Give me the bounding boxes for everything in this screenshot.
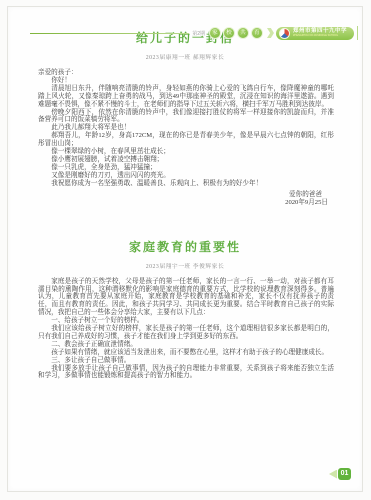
article-paragraph: 亲爱的孩子： (38, 69, 334, 77)
article-paragraph: 我们要多放手让孩子自己做事情，因为孩子的自理能力非常重要，关系到孩子将来能否独立… (38, 365, 334, 381)
article-paragraph: 郝翔吾儿，年龄12岁，身高172CM，现在的你已是青春美少年，像是早晨六七点钟的… (38, 132, 334, 148)
signature-date: 2020年9月25日 (8, 199, 328, 208)
article2-byline: 2023届翔宇一班 李俊辉家长 (8, 261, 362, 270)
page-header: 第2期 家校共育 郑州市第四十九中学 ZHENGZHOU NO.49 MIDDL… (30, 25, 358, 41)
chevron-right-icon (267, 28, 274, 38)
header-badge-character: 育 (251, 27, 263, 39)
article-paragraph: 三、多让孩子自己做事情。 (38, 357, 334, 365)
header-badge-character: 家 (209, 27, 221, 39)
newsletter-page: 第2期 家校共育 郑州市第四十九中学 ZHENGZHOU NO.49 MIDDL… (7, 6, 363, 492)
header-badge-character: 共 (237, 27, 249, 39)
article-paragraph: 我们应该给孩子树立好的榜样，家长是孩子的第一任老师，这个道理相信很多家长都是明白… (38, 325, 334, 341)
school-name-english: ZHENGZHOU NO.49 MIDDLE SCHOOL (293, 35, 347, 38)
article-paragraph: 像一只乳虎，全身是劲，猛冲猛撞； (38, 164, 334, 172)
header-badges: 家校共育 (207, 27, 263, 39)
issue-label: 第2期 (192, 30, 205, 37)
page-number-arrow-icon (329, 470, 337, 479)
article-paragraph: 清晨旭日东升，伴随响亮清脆的铃声，身轻如燕的你骑上心爱的飞鸽自行车，像降魔神童的… (38, 85, 334, 109)
article-paragraph: 你好！ (38, 77, 334, 85)
article2-title: 家庭教育的重要性 (8, 238, 362, 255)
article-paragraph: 一、给孩子树立一个好的榜样。 (38, 317, 334, 325)
article-paragraph: 傍晚夕阳西下，依然在你清脆的铃声中，我们像迎接打胜仗的将军一样迎接你的凯旋而归，… (38, 109, 334, 125)
school-banner: 郑州市第四十九中学 ZHENGZHOU NO.49 MIDDLE SCHOOL (276, 27, 354, 40)
article-paragraph: 二、教会孩子正确宣泄情绪。 (38, 341, 334, 349)
article1-byline: 2023届康翔一班 郝翔辉家长 (8, 52, 362, 61)
header-badge-character: 校 (223, 27, 235, 39)
page-number-badge: 01 (338, 468, 351, 480)
school-logo-icon (279, 28, 290, 39)
article-paragraph: 又像是刚磨好的刀刃，透出闪闪的亮光。 (38, 172, 334, 180)
article-paragraph: 我祝愿你成为一名坚强勇敢、温暖善良、乐观向上、积极有为的好少年！ (38, 180, 334, 188)
article-paragraph: 像一棵翠绿的小树，在春风里茁壮成长； (38, 148, 334, 156)
article-paragraph: 孩子如果有情绪，就应该适当发泄出来，而不要憋在心里，这样才有助于孩子的心理健康成… (38, 349, 334, 357)
article-paragraph: 家庭是孩子的天然学校，父母是孩子的第一任老师，家长的一言一行、一举一动，对孩子都… (38, 278, 334, 318)
page-number-area: 01 (329, 468, 351, 480)
article1-signature: 爱你的爸爸 2020年9月25日 (8, 191, 322, 208)
article-paragraph: 像小鹰初展翅膀，试着凌空搏击翱翔； (38, 156, 334, 164)
signature-name: 爱你的爸爸 (8, 191, 322, 200)
header-rule (30, 33, 189, 34)
header-tick (357, 26, 358, 40)
article1-body: 亲爱的孩子：你好！清晨旭日东升，伴随响亮清脆的铃声，身轻如燕的你骑上心爱的飞鸽自… (38, 69, 334, 188)
article2-body: 家庭是孩子的天然学校，父母是孩子的第一任老师，家长的一言一行、一举一动，对孩子都… (38, 278, 334, 381)
